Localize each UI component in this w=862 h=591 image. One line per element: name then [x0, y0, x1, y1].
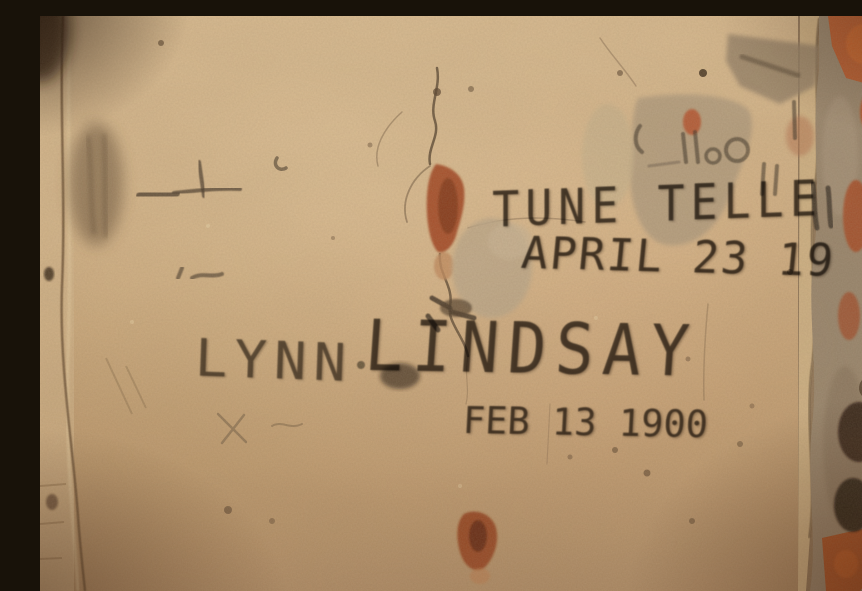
graffiti-wall-photo: TUNE TELLE APRIL 23 19 LYNN LINDSAY FEB … — [40, 16, 862, 591]
inscription-feb-date: FEB 13 1900 — [462, 399, 709, 446]
photo-stage: TUNE TELLE APRIL 23 19 LYNN LINDSAY FEB … — [0, 16, 862, 591]
inscription-lindsay: LINDSAY — [362, 306, 700, 393]
inscription-april-date: APRIL 23 19 — [519, 228, 837, 287]
wall-texture-graphic — [40, 16, 862, 591]
inscription-lynn: LYNN — [194, 328, 354, 393]
grain-light-overlay — [40, 16, 862, 591]
